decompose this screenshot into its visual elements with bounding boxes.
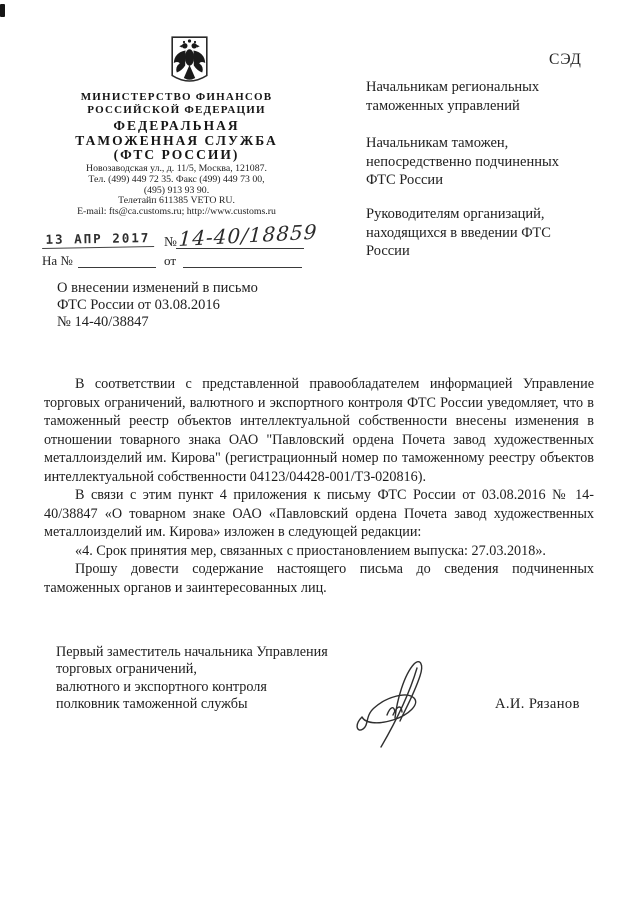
coat-of-arms-icon: [171, 36, 208, 88]
subject-line: О внесении изменений в письмо ФТС России…: [57, 280, 317, 330]
reply-date-label: от: [164, 253, 176, 269]
body-paragraph: В соответствии с представленной правообл…: [44, 375, 594, 486]
body-paragraph: «4. Срок принятия мер, связанных с приос…: [44, 542, 594, 561]
agency-line1: ФЕДЕРАЛЬНАЯ: [34, 119, 319, 134]
addressee-item: Начальникам таможен, непосредственно под…: [366, 134, 598, 190]
addressee-item: Начальникам региональных таможенных упра…: [366, 78, 598, 115]
body-paragraph: В связи с этим пункт 4 приложения к пись…: [44, 486, 594, 542]
signer-title: Первый заместитель начальника Управления…: [56, 644, 386, 714]
outgoing-number-line: 14-40/18859: [176, 230, 304, 249]
agency-line3: (ФТС РОССИИ): [34, 148, 319, 163]
reply-date-blank: [183, 253, 302, 268]
email-line: E-mail: fts@ca.customs.ru; http://www.cu…: [24, 207, 329, 218]
agency-name: ФЕДЕРАЛЬНАЯ ТАМОЖЕННАЯ СЛУЖБА (ФТС РОССИ…: [34, 119, 319, 163]
ministry-line1: МИНИСТЕРСТВО ФИНАНСОВ: [34, 91, 319, 104]
outgoing-number: 14-40/18859: [178, 220, 318, 251]
number-label: №: [164, 234, 177, 250]
body-paragraph: Прошу довести содержание настоящего пись…: [44, 560, 594, 597]
signer-name: А.И. Рязанов: [495, 696, 580, 713]
contact-block: Новозаводская ул., д. 11/5, Москва, 1210…: [24, 164, 329, 218]
ministry-name: МИНИСТЕРСТВО ФИНАНСОВ РОССИЙСКОЙ ФЕДЕРАЦ…: [34, 91, 319, 116]
ministry-line2: РОССИЙСКОЙ ФЕДЕРАЦИИ: [34, 104, 319, 117]
document-page: МИНИСТЕРСТВО ФИНАНСОВ РОССИЙСКОЙ ФЕДЕРАЦ…: [0, 0, 640, 905]
date-stamp-text: 13 АПР 2017: [45, 230, 150, 247]
scan-artifact: [0, 4, 5, 17]
reply-number-blank: [78, 253, 156, 268]
reply-number-label: На №: [42, 253, 73, 269]
date-stamp: 13 АПР 2017: [42, 230, 154, 249]
agency-line2: ТАМОЖЕННАЯ СЛУЖБА: [34, 134, 319, 149]
signature-scribble: [350, 655, 445, 750]
letter-body: В соответствии с представленной правообл…: [44, 375, 594, 597]
sed-label: СЭД: [549, 51, 582, 69]
phone-fax-line: Тел. (499) 449 72 35. Факс (499) 449 73 …: [24, 175, 329, 186]
addressee-item: Руководителям организаций, находящихся в…: [366, 205, 598, 261]
